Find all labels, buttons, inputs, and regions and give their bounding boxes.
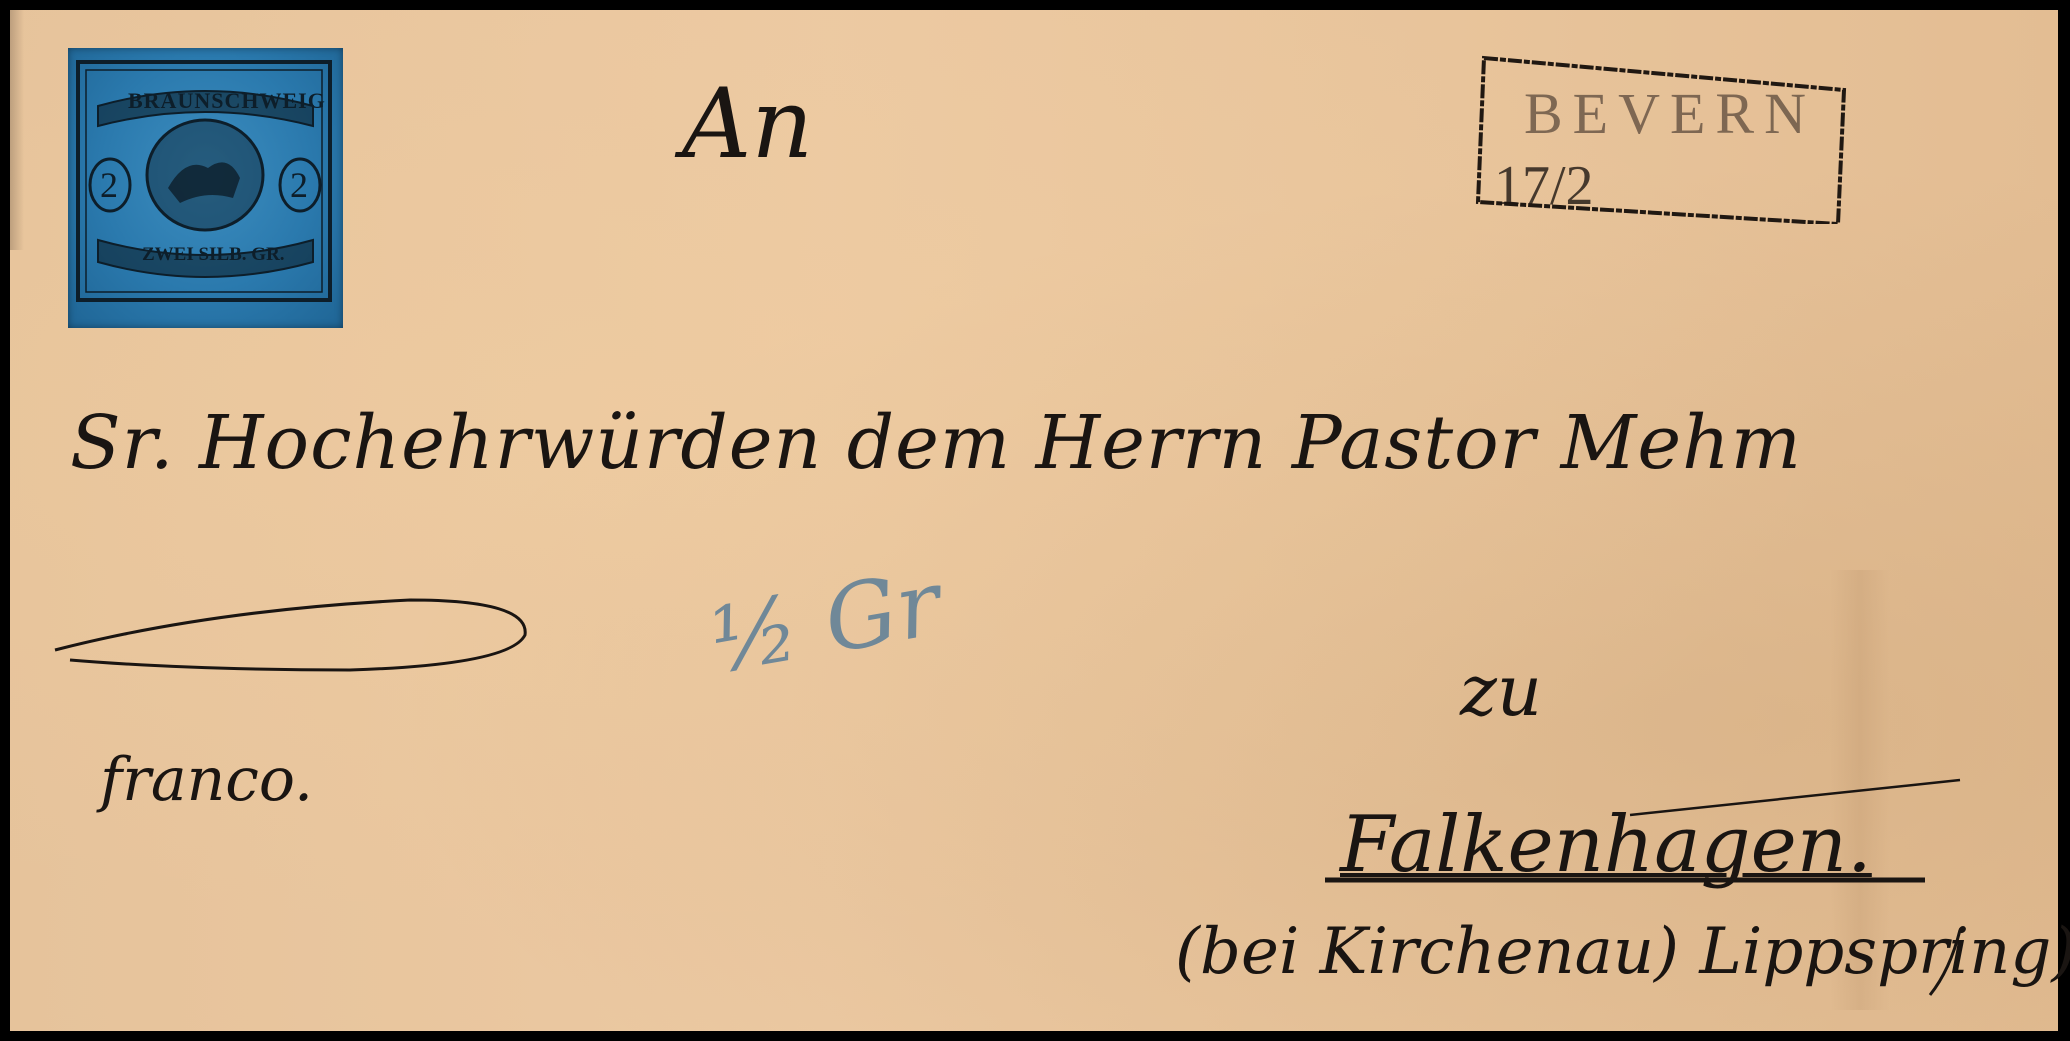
flourish-strokes-icon: [10, 10, 2058, 1031]
postal-cover: BRAUNSCHWEIG 2 2 ZWEI SILB. GR. BEVERN 1…: [10, 10, 2058, 1031]
